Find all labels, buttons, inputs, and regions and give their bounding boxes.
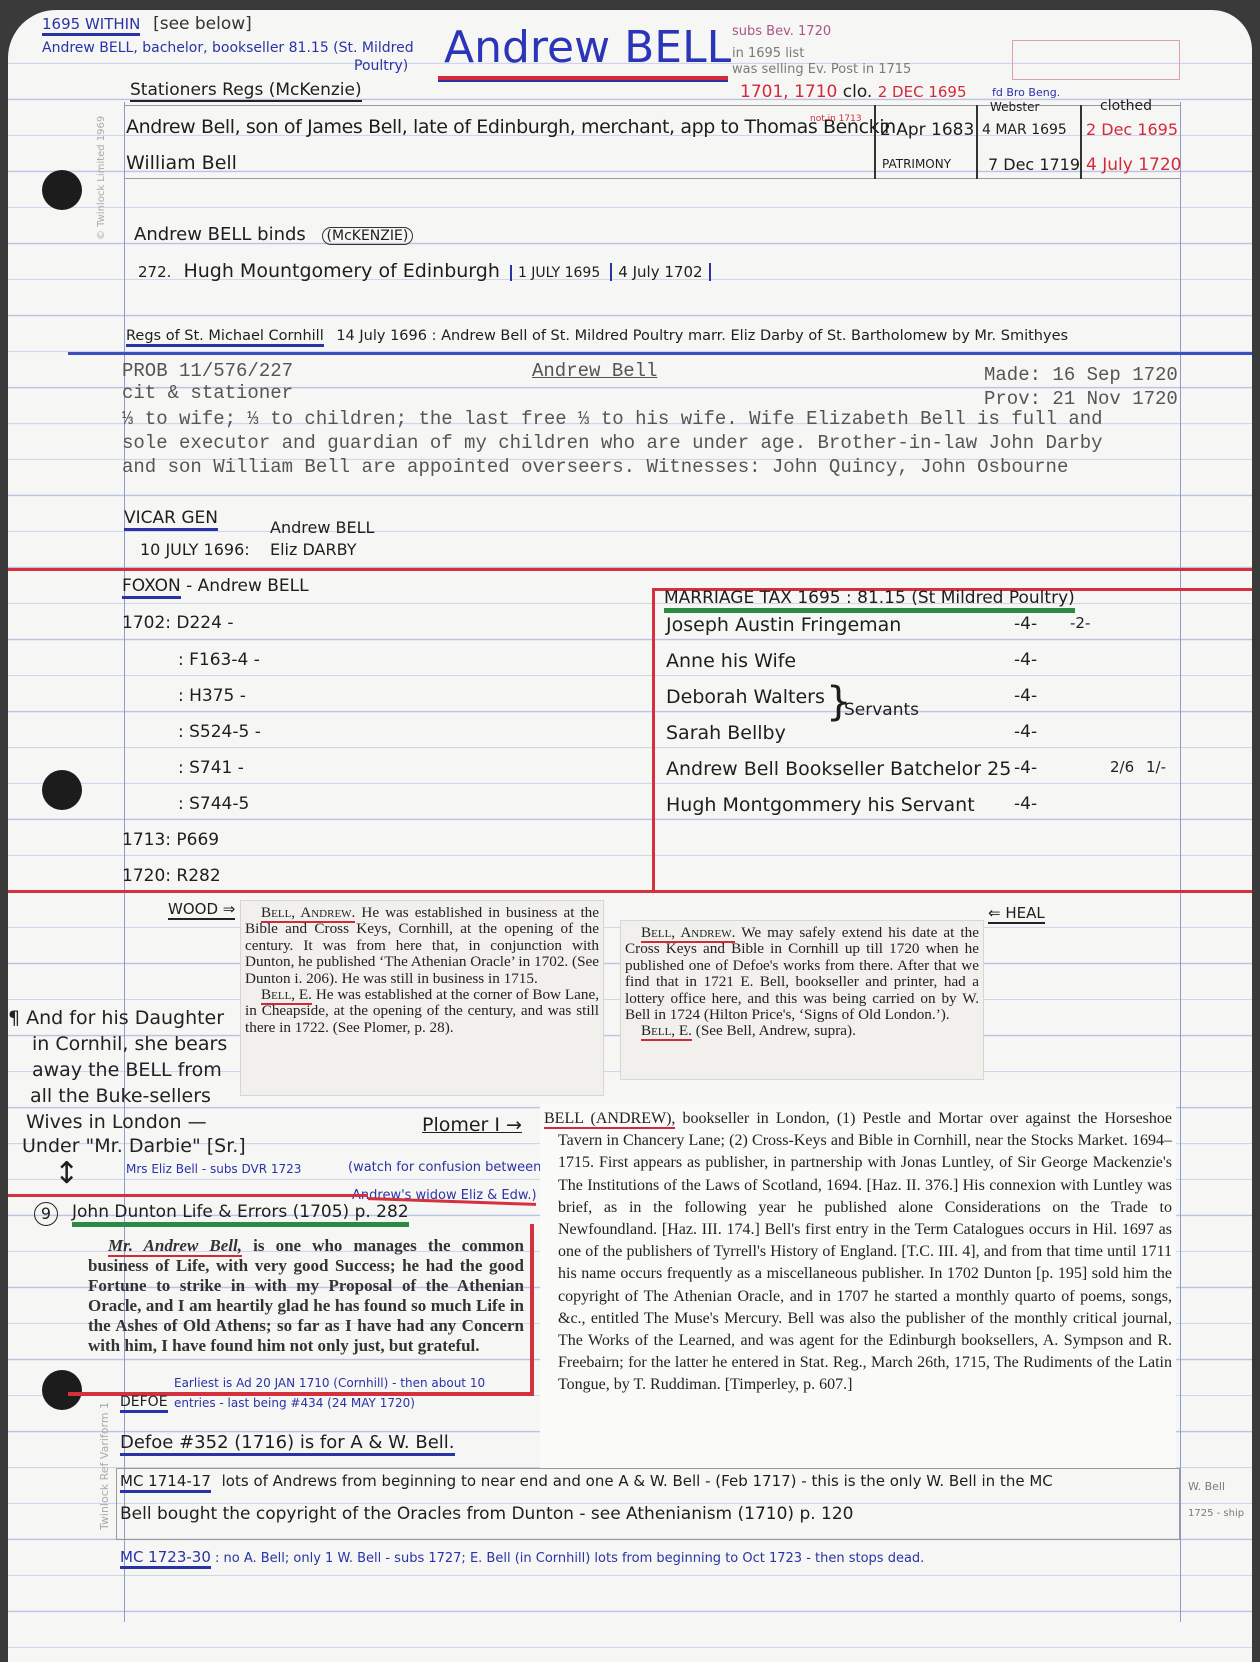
foxon-entry: : S744-5 [178,794,249,814]
vicar-gen-bride: Eliz DARBY [270,540,356,559]
stationers-row2-text: William Bell [126,152,237,174]
clo-label: clo. [843,82,873,102]
plomer-label: Plomer I → [422,1114,522,1136]
binds-entry-no: 272. [138,263,171,281]
foxon-label: FOXON [122,576,181,599]
foxon-entry: 1720: R282 [122,866,221,886]
heal-entry2-body: (See Bell, Andrew, supra). [696,1022,856,1039]
stationers-row1-freed: 4 MAR 1695 [982,122,1067,138]
vicar-gen-date: 10 JULY 1696: [140,540,250,559]
stationers-row2-date: PATRIMONY [882,157,951,171]
section-divider [8,568,1252,571]
prob-name: Andrew Bell [532,360,657,382]
dunton-number: 9 [34,1202,58,1226]
heal-entry2-head: Bell, E. [641,1022,692,1041]
plomer-clipping: BELL (ANDREW), bookseller in London, (1)… [540,1104,1176,1468]
side-note-1695-list: in 1695 list [732,46,804,61]
heal-clipping: Bell, Andrew. We may safely extend his d… [620,920,984,1080]
tax-row-value: -2- [1070,614,1090,632]
title-underline [438,76,728,82]
clo-line: 1701, 1710 clo. 2 DEC 1695 [740,82,967,102]
tax-row-value: -4- [1014,794,1037,814]
binds-source: (McKENZIE) [322,227,414,245]
mc-text-1: lots of Andrews from beginning to near e… [222,1472,1053,1490]
tax-row-name: Andrew Bell Bookseller Batchelor 25 [666,758,1011,780]
dunton-name: Mr. Andrew Bell, [108,1236,242,1257]
prob-body-1: ⅓ to wife; ⅓ to children; the last free … [122,408,1103,430]
mc-line-3: MC 1723-30 : no A. Bell; only 1 W. Bell … [120,1548,924,1566]
top-note-1695-label: 1695 WITHIN [42,15,140,36]
tax-row-name: Anne his Wife [666,650,796,672]
tax-row-value: 2/6 [1110,758,1134,776]
tax-row-value: -4- [1014,722,1037,742]
mc-text-2: : no A. Bell; only 1 W. Bell - subs 1727… [215,1551,924,1566]
mc-side-2: 1725 - ship [1188,1508,1244,1519]
tax-row-name: Sarah Bellby [666,722,786,744]
vicar-gen-groom: Andrew BELL [270,518,374,537]
clo-date: 2 DEC 1695 [878,83,967,101]
binds-heading: Andrew BELL binds (McKENZIE) [134,224,413,245]
tax-row-value: -4- [1014,758,1037,778]
margin-note-line: ¶ And for his Daughter [8,1006,224,1031]
tax-row-value: 1/- [1146,758,1166,776]
mc-line-1: MC 1714-17 lots of Andrews from beginnin… [120,1472,1053,1490]
red-dates: 1701, 1710 [740,82,837,102]
prob-ref: PROB 11/576/227 [122,360,293,382]
punch-hole [42,170,82,210]
prob-prov: Prov: 21 Nov 1720 [984,388,1178,410]
dunton-red-rule [8,1194,368,1197]
mrs-eliz-note: Mrs Eliz Bell - subs DVR 1723 [126,1162,301,1176]
defoe-line: Defoe #352 (1716) is for A & W. Bell. [120,1432,455,1456]
right-rule [1180,102,1181,1622]
binds-name: Hugh Mountgomery of Edinburgh [183,260,499,282]
freed-label: Webster [990,100,1039,114]
regs-cornhill-text: 14 July 1696 : Andrew Bell of St. Mildre… [336,328,1068,344]
heal-label: ⇐ HEAL [988,904,1045,924]
page-title: Andrew BELL [444,22,731,73]
side-note-selling: was selling Ev. Post in 1715 [732,62,911,77]
tax-row-value: -4- [1014,614,1037,634]
arrow-icon: ↕ [54,1156,79,1191]
section-divider [8,890,1252,893]
tax-row-name: Joseph Austin Fringeman [666,614,901,636]
foxon-heading: FOXON - Andrew BELL [122,576,309,596]
foxon-subject: - Andrew BELL [186,576,308,596]
col-divider [1080,105,1082,179]
tax-row-value: -4- [1014,650,1037,670]
section-divider [68,352,1252,355]
top-note-1695: 1695 WITHIN [see below] [42,14,252,34]
foxon-entry: : S524-5 - [178,722,261,742]
margin-note-line: away the BELL from [32,1058,222,1083]
top-note-line2: Andrew BELL, bachelor, bookseller 81.15 … [42,40,414,56]
binds-title: Andrew BELL binds [134,224,306,245]
stationers-row2-clothed: 4 July 1720 [1086,155,1181,175]
plomer-body: bookseller in London, (1) Pestle and Mor… [558,1110,1172,1393]
wood-clipping: Bell, Andrew. He was established in busi… [240,900,604,1096]
punch-hole [42,770,82,810]
mc-side-1: W. Bell [1188,1480,1225,1493]
dunton-heading: John Dunton Life & Errors (1705) p. 282 [72,1202,409,1227]
empty-box [1012,40,1180,80]
mc-label-2: MC 1723-30 [120,1548,211,1569]
servants-label: Servants [844,700,919,720]
foxon-entry: 1713: P669 [122,830,219,850]
plomer-head: BELL (ANDREW), [544,1110,675,1129]
imprint-bottom: Twinlock Ref Variform 1 [98,1402,111,1530]
margin-note-line: all the Buke-sellers [30,1084,211,1109]
foxon-entry: : F163-4 - [178,650,260,670]
prob-occupation: cit & stationer [122,382,293,404]
stationers-row1-date: 2 Apr 1683 [880,120,974,140]
defoe-label: DEFOE [120,1394,168,1413]
regs-cornhill-line: Regs of St. Michael Cornhill 14 July 169… [126,328,1068,344]
column-divider [652,588,655,890]
stationers-row1-clothed: 2 Dec 1695 [1086,120,1178,139]
side-note-subs: subs Bev. 1720 [732,24,831,39]
margin-note-line: Wives in London — [26,1110,207,1135]
wood-label: WOOD ⇒ [168,900,235,920]
foxon-entry: : H375 - [178,686,246,706]
regs-cornhill-label: Regs of St. Michael Cornhill [126,328,324,347]
mc-label-1: MC 1714-17 [120,1472,211,1493]
stationers-row1-text: Andrew Bell, son of James Bell, late of … [126,116,896,138]
binds-date1: 1 JULY 1695 [510,265,600,281]
tax-row-name: Hugh Montgommery his Servant [666,794,975,816]
foxon-entry: 1702: D224 - [122,613,233,633]
binds-entry: 272. Hugh Mountgomery of Edinburgh 1 JUL… [138,260,711,282]
vicar-gen-label: VICAR GEN [124,508,218,531]
prob-made: Made: 16 Sep 1720 [984,364,1178,386]
marriage-tax-heading: MARRIAGE TAX 1695 : 81.15 (St Mildred Po… [664,588,1075,613]
stationers-row2-freed: 7 Dec 1719 [988,155,1080,174]
mc-line-2: Bell bought the copyright of the Oracles… [120,1504,854,1524]
imprint-top: © Twinlock Limited 1969 [96,116,107,240]
binds-date2: 4 July 1702 [610,263,710,281]
stationers-heading: Stationers Regs (McKenzie) [130,80,362,102]
watch-note-1: (watch for confusion between [348,1160,541,1175]
tax-row-value: -4- [1014,686,1037,706]
tax-row-name: Deborah Walters [666,686,825,708]
see-below-note: [see below] [153,14,252,34]
fd-note: fd Bro Beng. [992,86,1060,99]
foxon-entry: : S741 - [178,758,244,778]
margin-note-line: in Cornhil, she bears [32,1032,227,1057]
stationers-row1-note: not in 1713 [810,114,862,124]
col-divider [976,105,978,179]
prob-body-2: sole executor and guardian of my childre… [122,432,1103,454]
defoe-note-2: entries - last being #434 (24 MAY 1720) [174,1396,415,1410]
clothed-label: clothed [1100,98,1152,114]
top-note-line3: Poultry) [354,58,408,74]
dunton-clipping: Mr. Andrew Bell, is one who manages the … [84,1234,528,1374]
defoe-note-1: Earliest is Ad 20 JAN 1710 (Cornhill) - … [174,1376,485,1390]
prob-body-3: and son William Bell are appointed overs… [122,456,1068,478]
notebook-page: © Twinlock Limited 1969 Twinlock Ref Var… [8,10,1252,1662]
